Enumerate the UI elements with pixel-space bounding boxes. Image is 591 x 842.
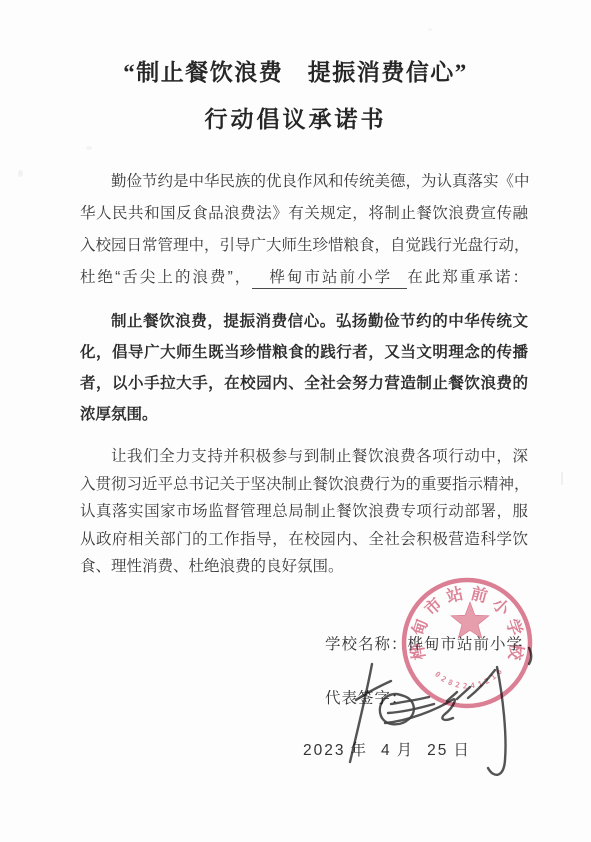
paragraph-opening: 勤俭节约是中华民族的优良作风和传统美德，为认真落实《中 华人民共和国反食品浪费法… (80, 166, 528, 294)
paragraph-pledge: 制止餐饮浪费，提振消费信心。弘扬勤俭节约的中华传统文 化，倡导广大师生既当珍惜粮… (80, 306, 528, 430)
scan-speck (86, 146, 92, 150)
text-line: 杜绝“舌尖上的浪费”，桦甸市站前小学在此郑重承诺： (80, 262, 528, 294)
text-line: 浓厚氛围。 (80, 399, 528, 430)
stamp-arc-char: 甸 (407, 616, 431, 638)
text-line: 从政府相关部门的工作指导，在校园内、全社会积极营造科学饮 (80, 526, 528, 554)
scanned-pledge-document: “制止餐饮浪费 提振消费信心” 行动倡议承诺书 勤俭节约是中华民族的优良作风和传… (0, 0, 591, 842)
paragraph-action: 让我们全力支持并积极参与到制止餐饮浪费各项行动中，深 入贯彻习近平总书记关于坚决… (80, 443, 528, 581)
text-line: 制止餐饮浪费，提振消费信心。弘扬勤俭节约的中华传统文 (80, 306, 528, 337)
text-line: 入贯彻习近平总书记关于坚决制止餐饮浪费行为的重要指示精神， (80, 471, 528, 499)
document-title-line1: “制止餐饮浪费 提振消费信心” (0, 54, 591, 87)
text-line: 认真落实国家市场监督管理总局制止餐饮浪费专项行动部署，服 (80, 498, 528, 526)
scan-speck (561, 472, 563, 485)
text-line: 勤俭节约是中华民族的优良作风和传统美德，为认真落实《中 (80, 166, 528, 198)
text-line: 者，以小手拉大手，在校园内、全社会努力营造制止餐饮浪费的 (80, 368, 528, 399)
document-title-line2: 行动倡议承诺书 (0, 101, 591, 134)
stamp-arc-char: 前 (469, 583, 490, 607)
stamp-arc-char: 站 (444, 583, 465, 606)
blank-suffix-text: 在此郑重承诺： (407, 269, 528, 286)
school-name-fill-in-blank: 桦甸市站前小学 (252, 269, 407, 289)
handwritten-signature (330, 640, 545, 800)
text-line: 华人民共和国反食品浪费法》有关规定，将制止餐饮浪费宣传融 (80, 198, 528, 230)
scan-speck (428, 28, 432, 31)
stamp-star-icon (451, 602, 489, 638)
text-line: 入校园日常管理中，引导广大师生珍惜粮食，自觉践行光盘行动， (80, 230, 528, 262)
text-line: 让我们全力支持并积极参与到制止餐饮浪费各项行动中，深 (80, 443, 528, 471)
blank-prefix-text: 杜绝“舌尖上的浪费”， (80, 269, 252, 286)
text-line: 化，倡导广大师生既当珍惜粮食的践行者，又当文明理念的传播 (80, 337, 528, 368)
scan-speck (18, 170, 23, 177)
